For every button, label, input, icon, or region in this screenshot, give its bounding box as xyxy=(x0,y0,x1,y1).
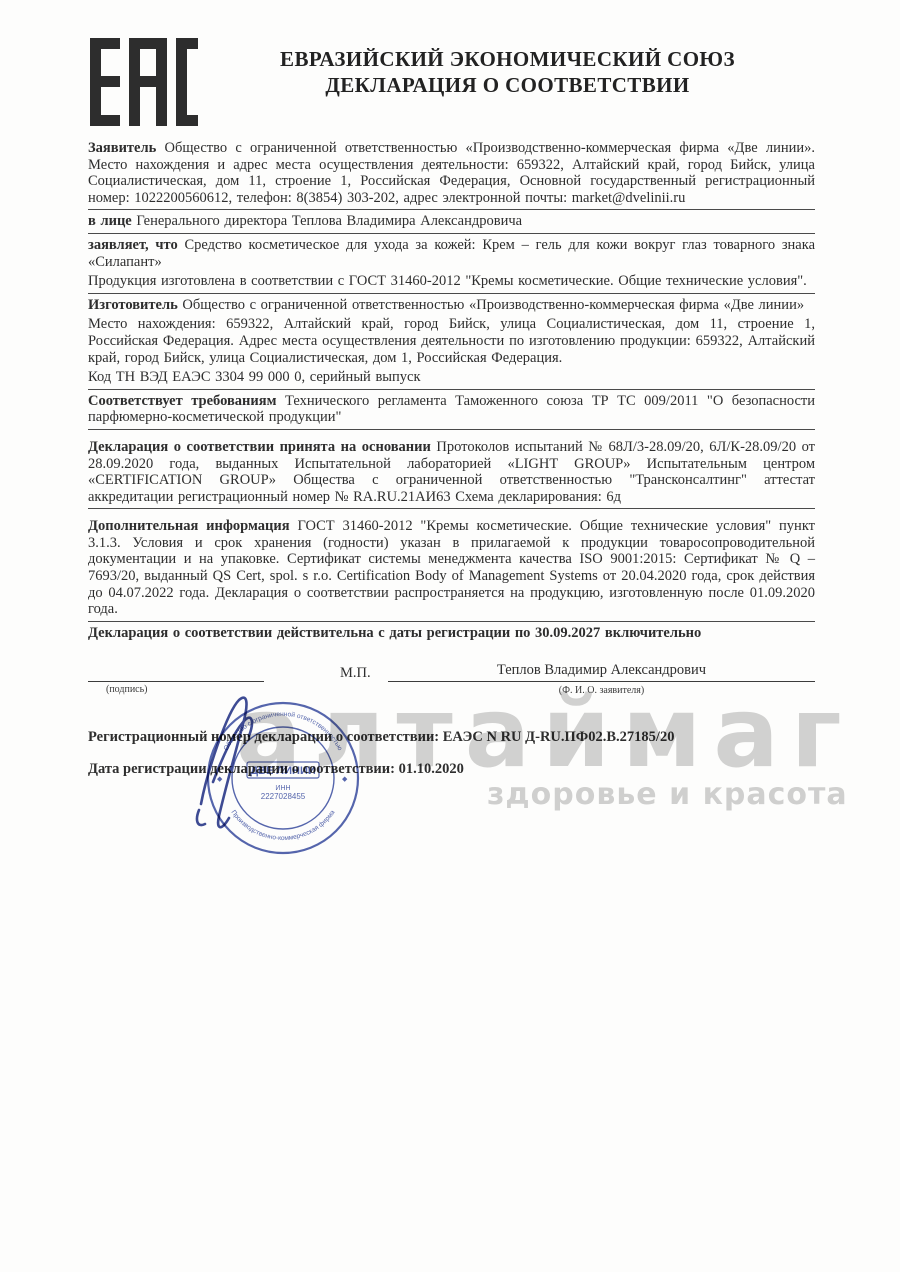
compliance-label: Соответствует требованиям xyxy=(88,393,277,409)
registration-date-line: Дата регистрации декларации о соответств… xyxy=(88,761,815,778)
declarant-paragraph: Заявитель Общество с ограниченной ответс… xyxy=(88,140,815,206)
registration-number-value: ЕАЭС N RU Д-RU.ПФ02.В.27185/20 xyxy=(443,729,675,745)
additional-info-paragraph: Дополнительная информация ГОСТ 31460-201… xyxy=(88,518,815,618)
tnved-code-text: Код ТН ВЭД ЕАЭС 3304 99 000 0, серийный … xyxy=(88,369,815,386)
stamp-inn-label: ИНН xyxy=(275,785,290,792)
eac-logo-icon xyxy=(88,36,200,128)
title-block: ЕВРАЗИЙСКИЙ ЭКОНОМИЧЕСКИЙ СОЮЗ ДЕКЛАРАЦИ… xyxy=(200,36,815,98)
manufacturer-address-text: Место нахождения: 659322, Алтайский край… xyxy=(88,316,815,366)
represented-by-text: Генерального директора Теплова Владимира… xyxy=(136,213,522,229)
watermark-small: здоровье и красота xyxy=(487,777,848,812)
divider xyxy=(88,293,815,294)
product-standard-text: Продукция изготовлена в соответствии с Г… xyxy=(88,273,815,290)
declares-label: заявляет, что xyxy=(88,237,178,253)
stamp-inn-value: 2227028455 xyxy=(261,792,306,801)
registration-date-value: 01.10.2020 xyxy=(399,761,464,777)
manufacturer-paragraph: Изготовитель Общество с ограниченной отв… xyxy=(88,297,815,314)
registration-number-label: Регистрационный номер декларации о соотв… xyxy=(88,729,439,745)
represented-by-label: в лице xyxy=(88,213,132,229)
additional-info-label: Дополнительная информация xyxy=(88,518,290,534)
registration-number-line: Регистрационный номер декларации о соотв… xyxy=(88,729,815,746)
union-title: ЕВРАЗИЙСКИЙ ЭКОНОМИЧЕСКИЙ СОЮЗ xyxy=(200,46,815,72)
stamp-ring-bottom-text: Производственно-коммерческая фирма xyxy=(229,809,336,842)
signature-area: (подпись) М.П. Теплов Владимир Александр… xyxy=(88,645,815,715)
signature-caption: (подпись) xyxy=(106,684,148,695)
document-content: ЕВРАЗИЙСКИЙ ЭКОНОМИЧЕСКИЙ СОЮЗ ДЕКЛАРАЦИ… xyxy=(88,36,815,778)
divider xyxy=(88,508,815,509)
declares-paragraph: заявляет, что Средство косметическое для… xyxy=(88,237,815,270)
name-caption: (Ф. И. О. заявителя) xyxy=(388,685,815,696)
divider xyxy=(88,209,815,210)
stamp-place-label: М.П. xyxy=(340,665,371,682)
declarant-text: Общество с ограниченной ответственностью… xyxy=(88,140,815,206)
name-line xyxy=(388,681,815,682)
declares-text: Средство косметическое для ухода за коже… xyxy=(88,237,815,270)
divider xyxy=(88,429,815,430)
applicant-name: Теплов Владимир Александрович xyxy=(388,662,815,679)
basis-paragraph: Декларация о соответствии принята на осн… xyxy=(88,439,815,505)
divider xyxy=(88,233,815,234)
declarant-label: Заявитель xyxy=(88,140,156,156)
basis-label: Декларация о соответствии принята на осн… xyxy=(88,439,431,455)
represented-by-paragraph: в лице Генерального директора Теплова Вл… xyxy=(88,213,815,230)
signature-line xyxy=(88,681,264,682)
registration-date-label: Дата регистрации декларации о соответств… xyxy=(88,761,395,777)
manufacturer-label: Изготовитель xyxy=(88,297,178,313)
compliance-paragraph: Соответствует требованиям Технического р… xyxy=(88,393,815,426)
divider xyxy=(88,621,815,622)
document-title: ДЕКЛАРАЦИЯ О СООТВЕТСТВИИ xyxy=(200,72,815,98)
validity-statement: Декларация о соответствии действительна … xyxy=(88,625,815,642)
manufacturer-text: Общество с ограниченной ответственностью… xyxy=(182,297,804,313)
divider xyxy=(88,389,815,390)
declaration-document: ЕВРАЗИЙСКИЙ ЭКОНОМИЧЕСКИЙ СОЮЗ ДЕКЛАРАЦИ… xyxy=(0,0,900,1272)
document-header: ЕВРАЗИЙСКИЙ ЭКОНОМИЧЕСКИЙ СОЮЗ ДЕКЛАРАЦИ… xyxy=(88,36,815,128)
svg-text:Производственно-коммерческая ф: Производственно-коммерческая фирма xyxy=(229,809,336,842)
